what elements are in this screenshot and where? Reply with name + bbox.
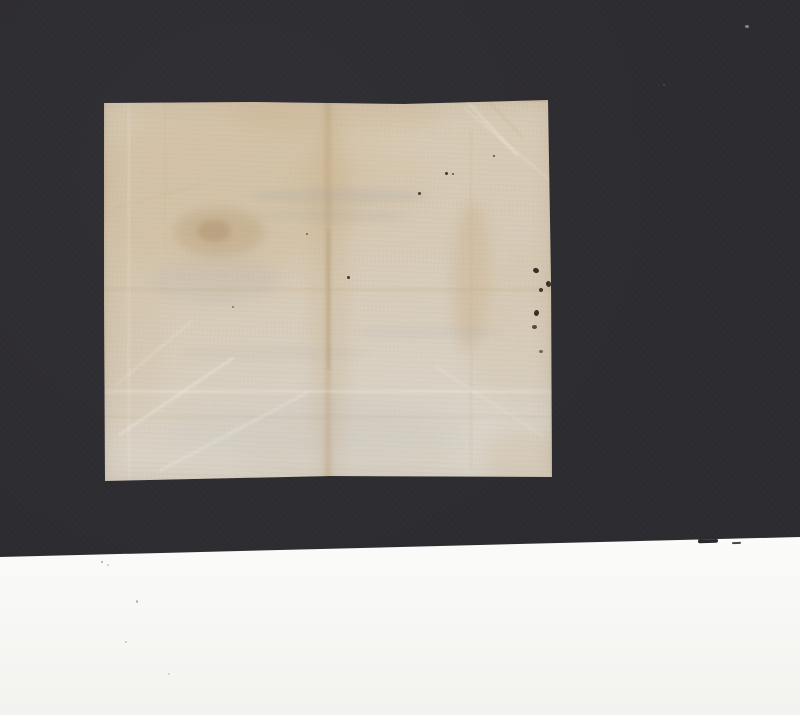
paper-speck: [168, 673, 170, 675]
crease-line: [327, 230, 330, 370]
crease-line: [128, 102, 130, 480]
ghost-mark: [164, 400, 464, 460]
ghost-mark: [252, 188, 427, 204]
ghost-mark: [256, 210, 406, 222]
paper-speck: [136, 600, 138, 603]
ghost-mark: [152, 255, 277, 305]
ink-speck: [445, 172, 448, 175]
ghost-mark: [352, 325, 502, 339]
paper-speck: [101, 561, 103, 563]
ink-speck: [418, 192, 421, 195]
banknote-reverse: [104, 100, 552, 482]
stain: [197, 220, 231, 242]
scanner-bed-white-area: [0, 537, 800, 715]
crease-line: [104, 288, 552, 291]
crease-line: [463, 106, 564, 191]
ink-speck: [306, 233, 308, 235]
ink-speck: [347, 276, 350, 279]
ink-speck: [539, 350, 543, 353]
dust-speck: [663, 84, 665, 86]
crease-line: [104, 416, 552, 418]
crease-line: [470, 130, 472, 470]
paper-speck: [107, 564, 109, 566]
ink-speck: [232, 306, 234, 308]
crease-line: [164, 100, 166, 250]
ink-speck: [532, 325, 537, 329]
ink-speck: [493, 155, 495, 157]
paper-speck: [125, 641, 127, 643]
ghost-mark: [179, 345, 369, 361]
ink-speck: [539, 288, 543, 292]
dust-speck: [745, 25, 749, 28]
stain: [99, 220, 164, 430]
scan-photo: [0, 0, 800, 715]
boundary-mark: [732, 542, 741, 544]
crease-line: [104, 390, 552, 393]
ink-speck: [452, 173, 454, 175]
paper-wear-features: [104, 100, 552, 482]
